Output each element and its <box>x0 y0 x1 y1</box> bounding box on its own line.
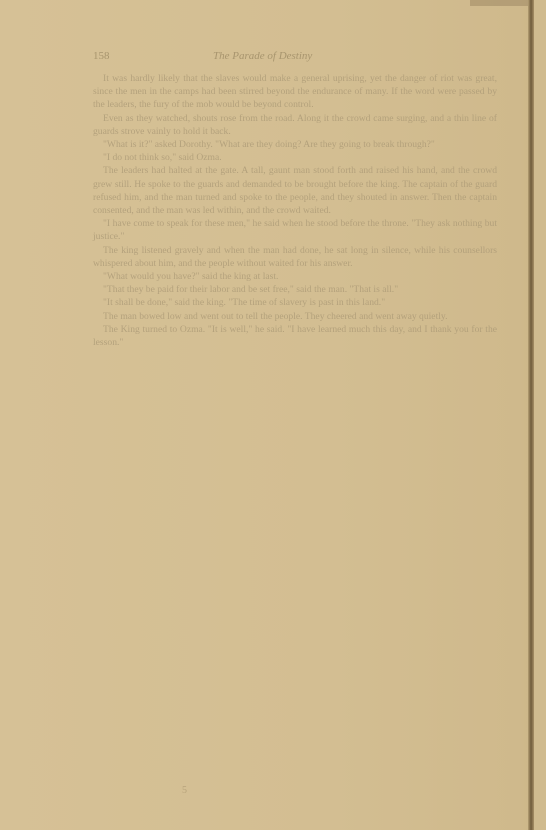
paragraph: The king listened gravely and when the m… <box>93 244 497 270</box>
footer-mark: 5 <box>182 785 187 796</box>
paragraph: The leaders had halted at the gate. A ta… <box>93 164 497 217</box>
running-title: The Parade of Destiny <box>213 50 312 62</box>
page-number: 158 <box>93 50 110 62</box>
paragraph: The man bowed low and went out to tell t… <box>93 310 497 323</box>
paragraph: The King turned to Ozma. "It is well," h… <box>93 323 497 349</box>
paragraph: "What would you have?" said the king at … <box>93 270 497 283</box>
paragraph: "I do not think so," said Ozma. <box>93 151 497 164</box>
scan-mark <box>470 0 530 6</box>
book-page: 158 The Parade of Destiny It was hardly … <box>0 0 546 830</box>
paragraph: "It shall be done," said the king. "The … <box>93 296 497 309</box>
paragraph: "That they be paid for their labor and b… <box>93 283 497 296</box>
paragraph: "What is it?" asked Dorothy. "What are t… <box>93 138 497 151</box>
paragraph: It was hardly likely that the slaves wou… <box>93 72 497 112</box>
page-edge <box>534 0 546 830</box>
running-header: 158 The Parade of Destiny <box>93 50 493 66</box>
paragraph: Even as they watched, shouts rose from t… <box>93 112 497 138</box>
paragraph: "I have come to speak for these men," he… <box>93 217 497 243</box>
body-text: It was hardly likely that the slaves wou… <box>93 72 497 349</box>
